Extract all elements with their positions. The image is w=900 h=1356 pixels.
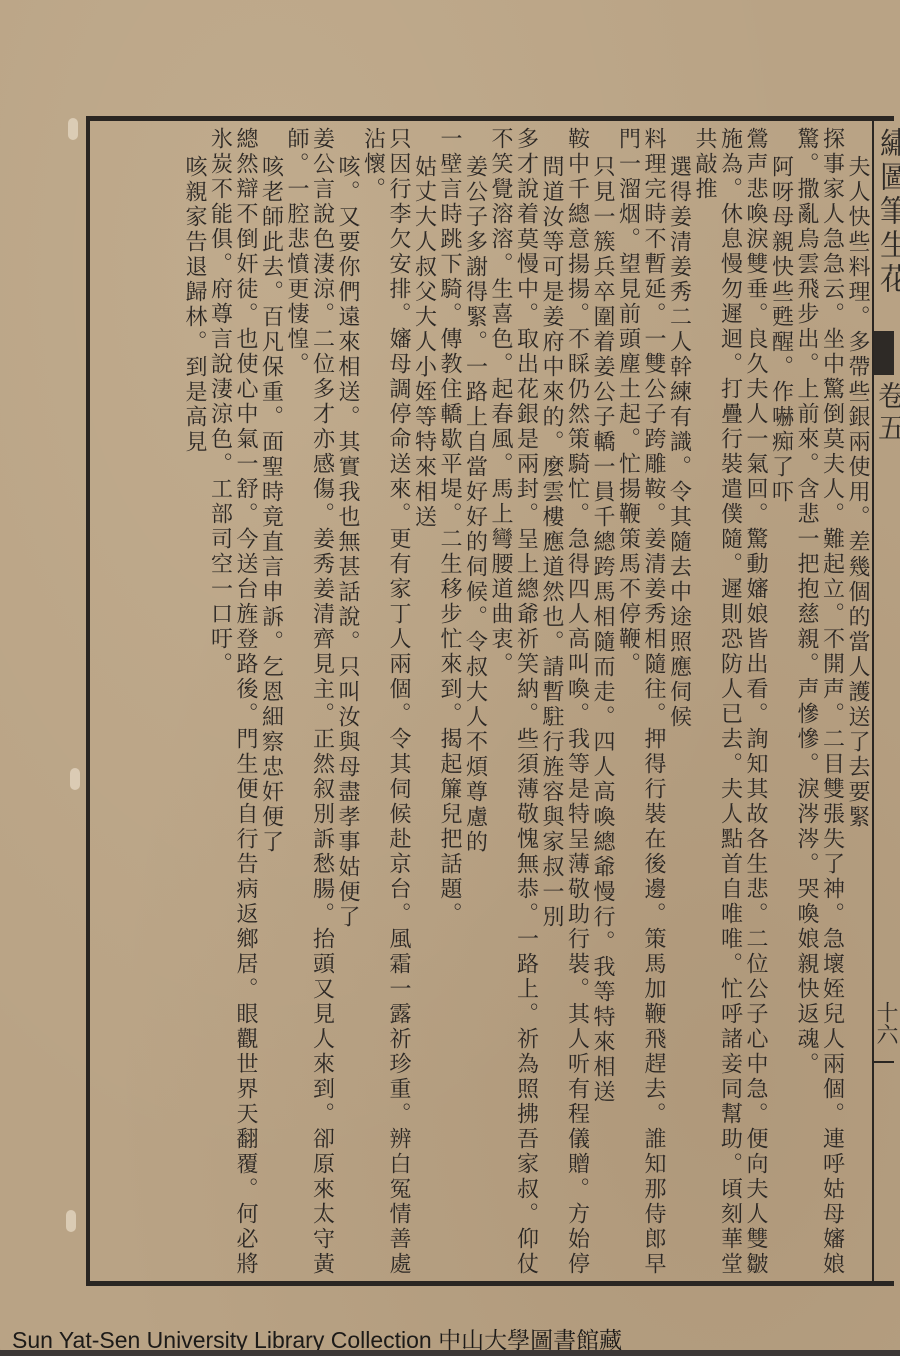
text-column: 鶯声悲喚淚雙垂。良久夫人一氣回。驚動嬸娘皆出看。詢知其故各生悲。二位公子心中急。… xyxy=(743,127,769,1277)
center-fold-margin: 繡圖筆生花 卷五 十六 xyxy=(874,121,894,1281)
text-column: 氷炭不能俱。府尊言說淒涼色。工部司空一口吁。 xyxy=(207,127,233,1277)
text-column: 只因行李欠安排。嬸母調停命送來。更有家丁人兩個。令其伺候赴京台。風霜一露祈珍重。… xyxy=(386,127,412,1277)
text-column: 姜公子多謝得緊。一路上自當好好的伺候。令叔大人不煩尊慮的 xyxy=(462,127,488,1277)
text-column: 多才說着莫慢中。取出花銀是兩封。呈上總爺祈笑納。些須薄敬愧無恭。一路上。祈為照拂… xyxy=(513,127,539,1277)
text-column: 一壁言時跳下騎。傳教住轎歇平堤。二生移步忙來到。揭起簾兒把話題。 xyxy=(437,127,463,1277)
text-column: 鞍中千總意揚揚。不睬仍然策騎忙。急得四人高叫喚。我等是特呈薄敬助行裝。其人听有程… xyxy=(564,127,590,1277)
binding-hole xyxy=(66,1210,76,1232)
book-page: 繡圖筆生花 卷五 十六 夫人快些料理。多帶些銀兩使用。差幾個的當人護送了去要緊 … xyxy=(0,0,900,1356)
text-column: 阿呀母親快些甦醒。作嚇痴了吓 xyxy=(768,127,794,1277)
text-column: 探事家人急急云。坐中驚倒莫夫人。難起立。不開声。二目雙張失了神。急壞姪兒人兩個。… xyxy=(819,127,845,1277)
folio-number: 十六 xyxy=(874,1001,896,1045)
text-column: 共敲推 xyxy=(692,127,718,1277)
text-column: 選得姜清姜秀二人幹練有識。令其隨去中途照應伺候 xyxy=(666,127,692,1277)
text-column: 只見一簇兵卒圍着姜公子轎一員千總跨馬相隨而走。四人高喚總爺慢行。我等特來相送 xyxy=(590,127,616,1277)
text-column: 門一溜烟。望見前頭塵土起。忙揚鞭策馬不停鞭。 xyxy=(615,127,641,1277)
fishtail-block xyxy=(874,331,894,375)
text-column: 總然辯不倒奸徒。也使心中氣一舒。今送台旌登路後。門生便自行告病返鄉居。眼觀世界天… xyxy=(233,127,259,1277)
text-columns: 夫人快些料理。多帶些銀兩使用。差幾個的當人護送了去要緊 探事家人急急云。坐中驚倒… xyxy=(104,127,870,1277)
binding-hole xyxy=(68,118,78,140)
text-column: 師。一腔悲憤更悽惶。 xyxy=(284,127,310,1277)
folio-rule xyxy=(874,1061,894,1063)
text-column: 驚。撒亂烏雲飛步出。上前來。含悲一把抱慈親。声慘慘。淚涔涔。哭喚娘親快返魂。 xyxy=(794,127,820,1277)
text-column: 不笑覺溶溶。生喜色。起春風。馬上彎腰道曲衷。 xyxy=(488,127,514,1277)
scan-edge xyxy=(0,1350,900,1356)
text-column: 問道汝等可是姜府中來的。麼雲樓應道然也。請暫駐行旌容與家叔一別 xyxy=(539,127,565,1277)
book-title: 繡圖筆生花 xyxy=(876,127,900,297)
volume-label: 卷五 xyxy=(876,381,900,445)
text-column: 咳親家告退歸林。到是高見 xyxy=(182,127,208,1277)
binding-hole xyxy=(70,768,80,790)
text-column: 夫人快些料理。多帶些銀兩使用。差幾個的當人護送了去要緊 xyxy=(845,127,871,1277)
text-column: 咳。又要你們遠來相送。其實我也無甚話說。只叫汝與母盡孝事姑便了 xyxy=(335,127,361,1277)
text-column: 姜公言說色淒涼。二位多才亦感傷。姜秀姜清齊見主。正然叙別訴愁腸。抬頭又見人來到。… xyxy=(309,127,335,1277)
text-column: 施為。休息慢勿遲迴。打疊行裝遣僕隨。遲則恐防人已去。夫人點首自唯唯。忙呼諸妾同幫… xyxy=(717,127,743,1277)
text-column: 咳老師此去。百凡保重。面聖時竟直言申訴。乞恩細察忠奸便了 xyxy=(258,127,284,1277)
text-column: 姑丈大人叔父大人小姪等特來相送 xyxy=(411,127,437,1277)
print-frame: 繡圖筆生花 卷五 十六 夫人快些料理。多帶些銀兩使用。差幾個的當人護送了去要緊 … xyxy=(86,116,894,1286)
text-column: 料理完時不暫延。一雙公子跨雕鞍。姜清姜秀相隨往。押得行裝在後邊。策馬加鞭飛趕去。… xyxy=(641,127,667,1277)
text-column: 沾懷。 xyxy=(360,127,386,1277)
